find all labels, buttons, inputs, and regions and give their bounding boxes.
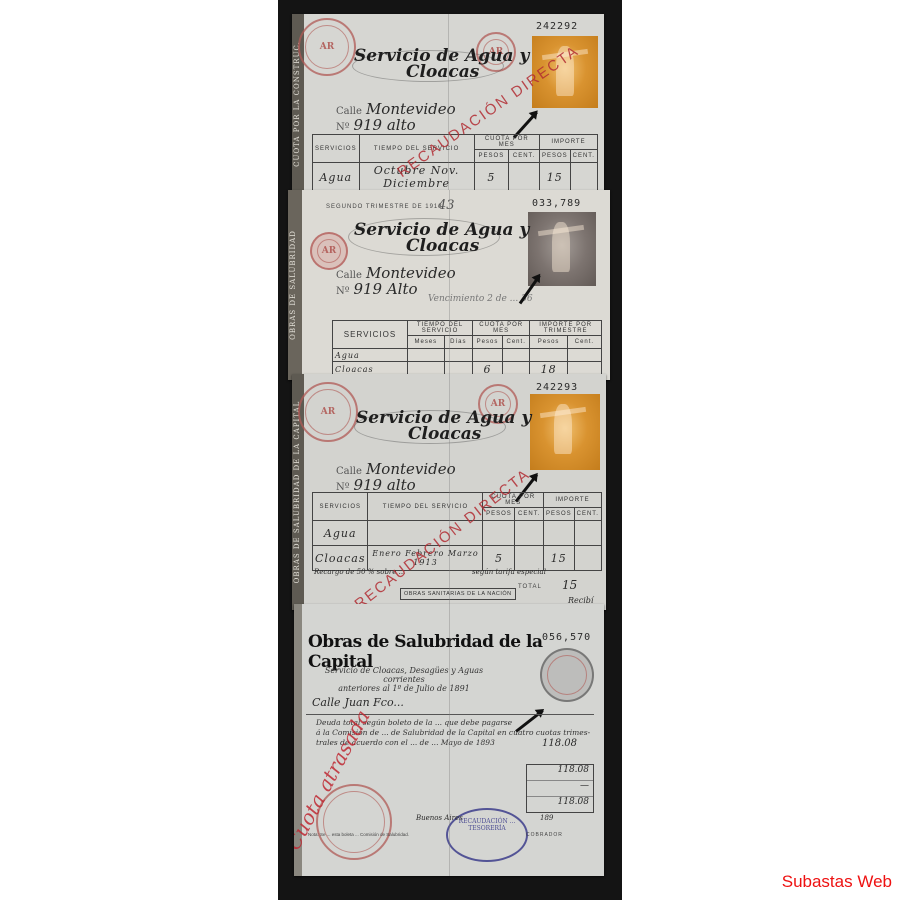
receipt-033789: OBRAS DE SALUBRIDAD SEGUNDO TRIMESTRE DE… — [288, 190, 610, 380]
side-strip: OBRAS DE SALUBRIDAD — [288, 190, 302, 380]
city-line: Buenos Aires — [416, 814, 463, 822]
total-value: 15 — [562, 578, 577, 592]
pencil-note: Vencimiento 2 de ... 36 — [428, 294, 533, 304]
row-service: Agua — [313, 163, 360, 192]
services-table: SERVICIOS TIEMPO DEL SERVICIO CUOTA POR … — [332, 320, 602, 378]
red-seal-large: AR — [298, 18, 356, 76]
subastas-web-watermark: Subastas Web — [782, 872, 892, 892]
amount-total-owed: 118.08 — [542, 738, 577, 749]
subtitle: Servicio de Cloacas, Desagües y Aguas co… — [314, 666, 494, 693]
serial-number: 242292 — [536, 21, 578, 32]
grey-seal — [540, 648, 594, 702]
numero-field: Nº919 alto — [336, 116, 416, 134]
footnote: Nota: Se ... esta boleta ... Comisión de… — [308, 832, 418, 838]
receipt-title: Servicio de Agua yCloacas — [354, 222, 529, 254]
amount-box: 118.08 — 118.08 — [526, 764, 594, 813]
serial-number: 033,789 — [532, 198, 581, 209]
serial-number: 056,570 — [542, 632, 591, 643]
cobrador-label: COBRADOR — [526, 832, 563, 838]
receipt-title: Servicio de Agua yCloacas — [356, 410, 531, 442]
handwritten-number: 43 — [438, 198, 455, 213]
receipt-242292: CUOTA POR LA CONSTRUC. AR AR 242292 Serv… — [292, 14, 604, 194]
orange-stamp-image — [530, 394, 600, 470]
numero-field: Nº919 Alto — [336, 280, 418, 298]
tarifa-note: según tarifa especial — [472, 568, 546, 576]
total-label: TOTAL — [518, 584, 542, 590]
period-header: SEGUNDO TRIMESTRE DE 1913 — [326, 204, 443, 210]
receipt-title: Servicio de Agua yCloacas — [354, 48, 529, 80]
calle-field: CalleJuan Fco... — [312, 696, 404, 709]
year-mark: 189 — [540, 814, 553, 822]
red-seal-large: AR — [298, 382, 358, 442]
rectangular-stamp: OBRAS SANITARIAS DE LA NACIÓN — [400, 588, 516, 600]
receipt-056570: Obras de Salubridad de la Capital 056,57… — [294, 604, 604, 876]
serial-number: 242293 — [536, 382, 578, 393]
receipt-242293: OBRAS DE SALUBRIDAD DE LA CAPITAL AR AR … — [292, 374, 606, 610]
